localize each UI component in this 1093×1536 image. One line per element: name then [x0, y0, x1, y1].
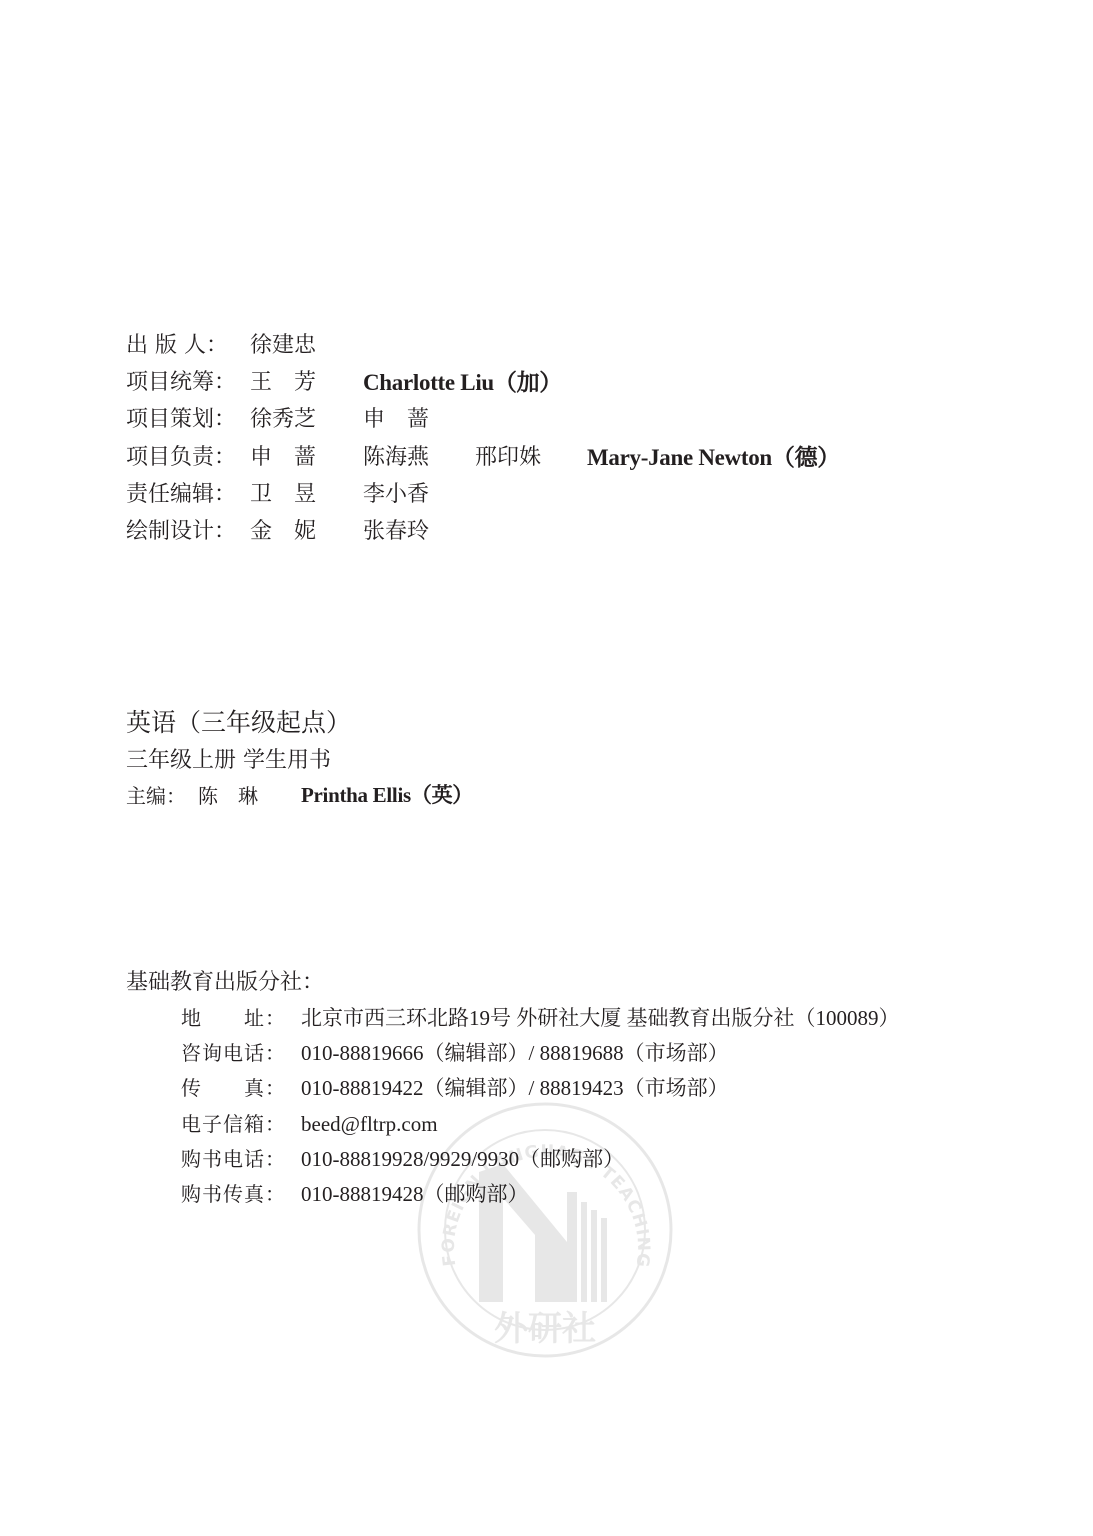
credit-value: 徐秀芝 — [250, 407, 316, 433]
chief-editor-name: 陈 琳 — [198, 784, 258, 808]
chief-editors: 主编： 陈 琳 Printha Ellis（英） — [126, 784, 186, 808]
credit-value: 申 蔷 — [363, 407, 429, 433]
credit-value: 王 芳 — [250, 370, 316, 396]
credit-label: 出 版 人： — [126, 333, 228, 359]
credit-value: 申 蔷 — [250, 445, 316, 471]
credit-label: 项目策划： — [126, 407, 236, 433]
book-subtitle: 三年级上册 学生用书 — [126, 748, 331, 774]
info-label: 咨询电话： — [181, 1041, 301, 1065]
credit-label: 责任编辑： — [126, 482, 236, 508]
info-value: 010-88819422（编辑部）/ 88819423（市场部） — [301, 1076, 729, 1100]
credit-value: Charlotte Liu（加） — [363, 370, 562, 396]
book-title: 英语（三年级起点） — [126, 708, 351, 738]
credit-value: 陈海燕 — [363, 445, 429, 471]
info-value: 010-88819666（编辑部）/ 88819688（市场部） — [301, 1041, 729, 1065]
chief-editor-label: 主编： — [126, 784, 186, 808]
publisher-phone: 咨询电话：010-88819666（编辑部）/ 88819688（市场部） — [181, 1041, 729, 1065]
credit-value: 张春玲 — [363, 519, 429, 545]
publisher-logo-watermark-icon: FOREIGN LANGUAGE TEACHING AND RESEARCH P… — [417, 1102, 673, 1358]
publisher-fax: 传 真：010-88819422（编辑部）/ 88819423（市场部） — [181, 1076, 729, 1100]
info-label: 购书电话： — [181, 1147, 301, 1171]
credit-value: 卫 昱 — [250, 482, 316, 508]
credit-value: Mary-Jane Newton（德） — [587, 445, 840, 471]
credit-value: 邢印姝 — [475, 445, 541, 471]
credit-label: 绘制设计： — [126, 519, 236, 545]
info-label: 购书传真： — [181, 1182, 301, 1206]
credit-value: 李小香 — [363, 482, 429, 508]
chief-editor-name: Printha Ellis（英） — [301, 783, 473, 807]
publisher-heading: 基础教育出版分社： — [126, 970, 324, 996]
info-label: 地 址： — [181, 1006, 301, 1030]
publisher-address: 地 址：北京市西三环北路19号 外研社大厦 基础教育出版分社（100089） — [181, 1006, 900, 1030]
info-value: 北京市西三环北路19号 外研社大厦 基础教育出版分社（100089） — [301, 1006, 900, 1030]
info-label: 电子信箱： — [181, 1112, 301, 1136]
publisher-email: 电子信箱：beed@fltrp.com — [181, 1112, 438, 1136]
credit-label: 项目负责： — [126, 445, 236, 471]
credit-value: 金 妮 — [250, 519, 316, 545]
watermark-name: 外研社 — [494, 1309, 596, 1349]
credit-label: 项目统筹： — [126, 370, 236, 396]
credit-value: 徐建忠 — [250, 333, 316, 359]
info-label: 传 真： — [181, 1076, 301, 1100]
